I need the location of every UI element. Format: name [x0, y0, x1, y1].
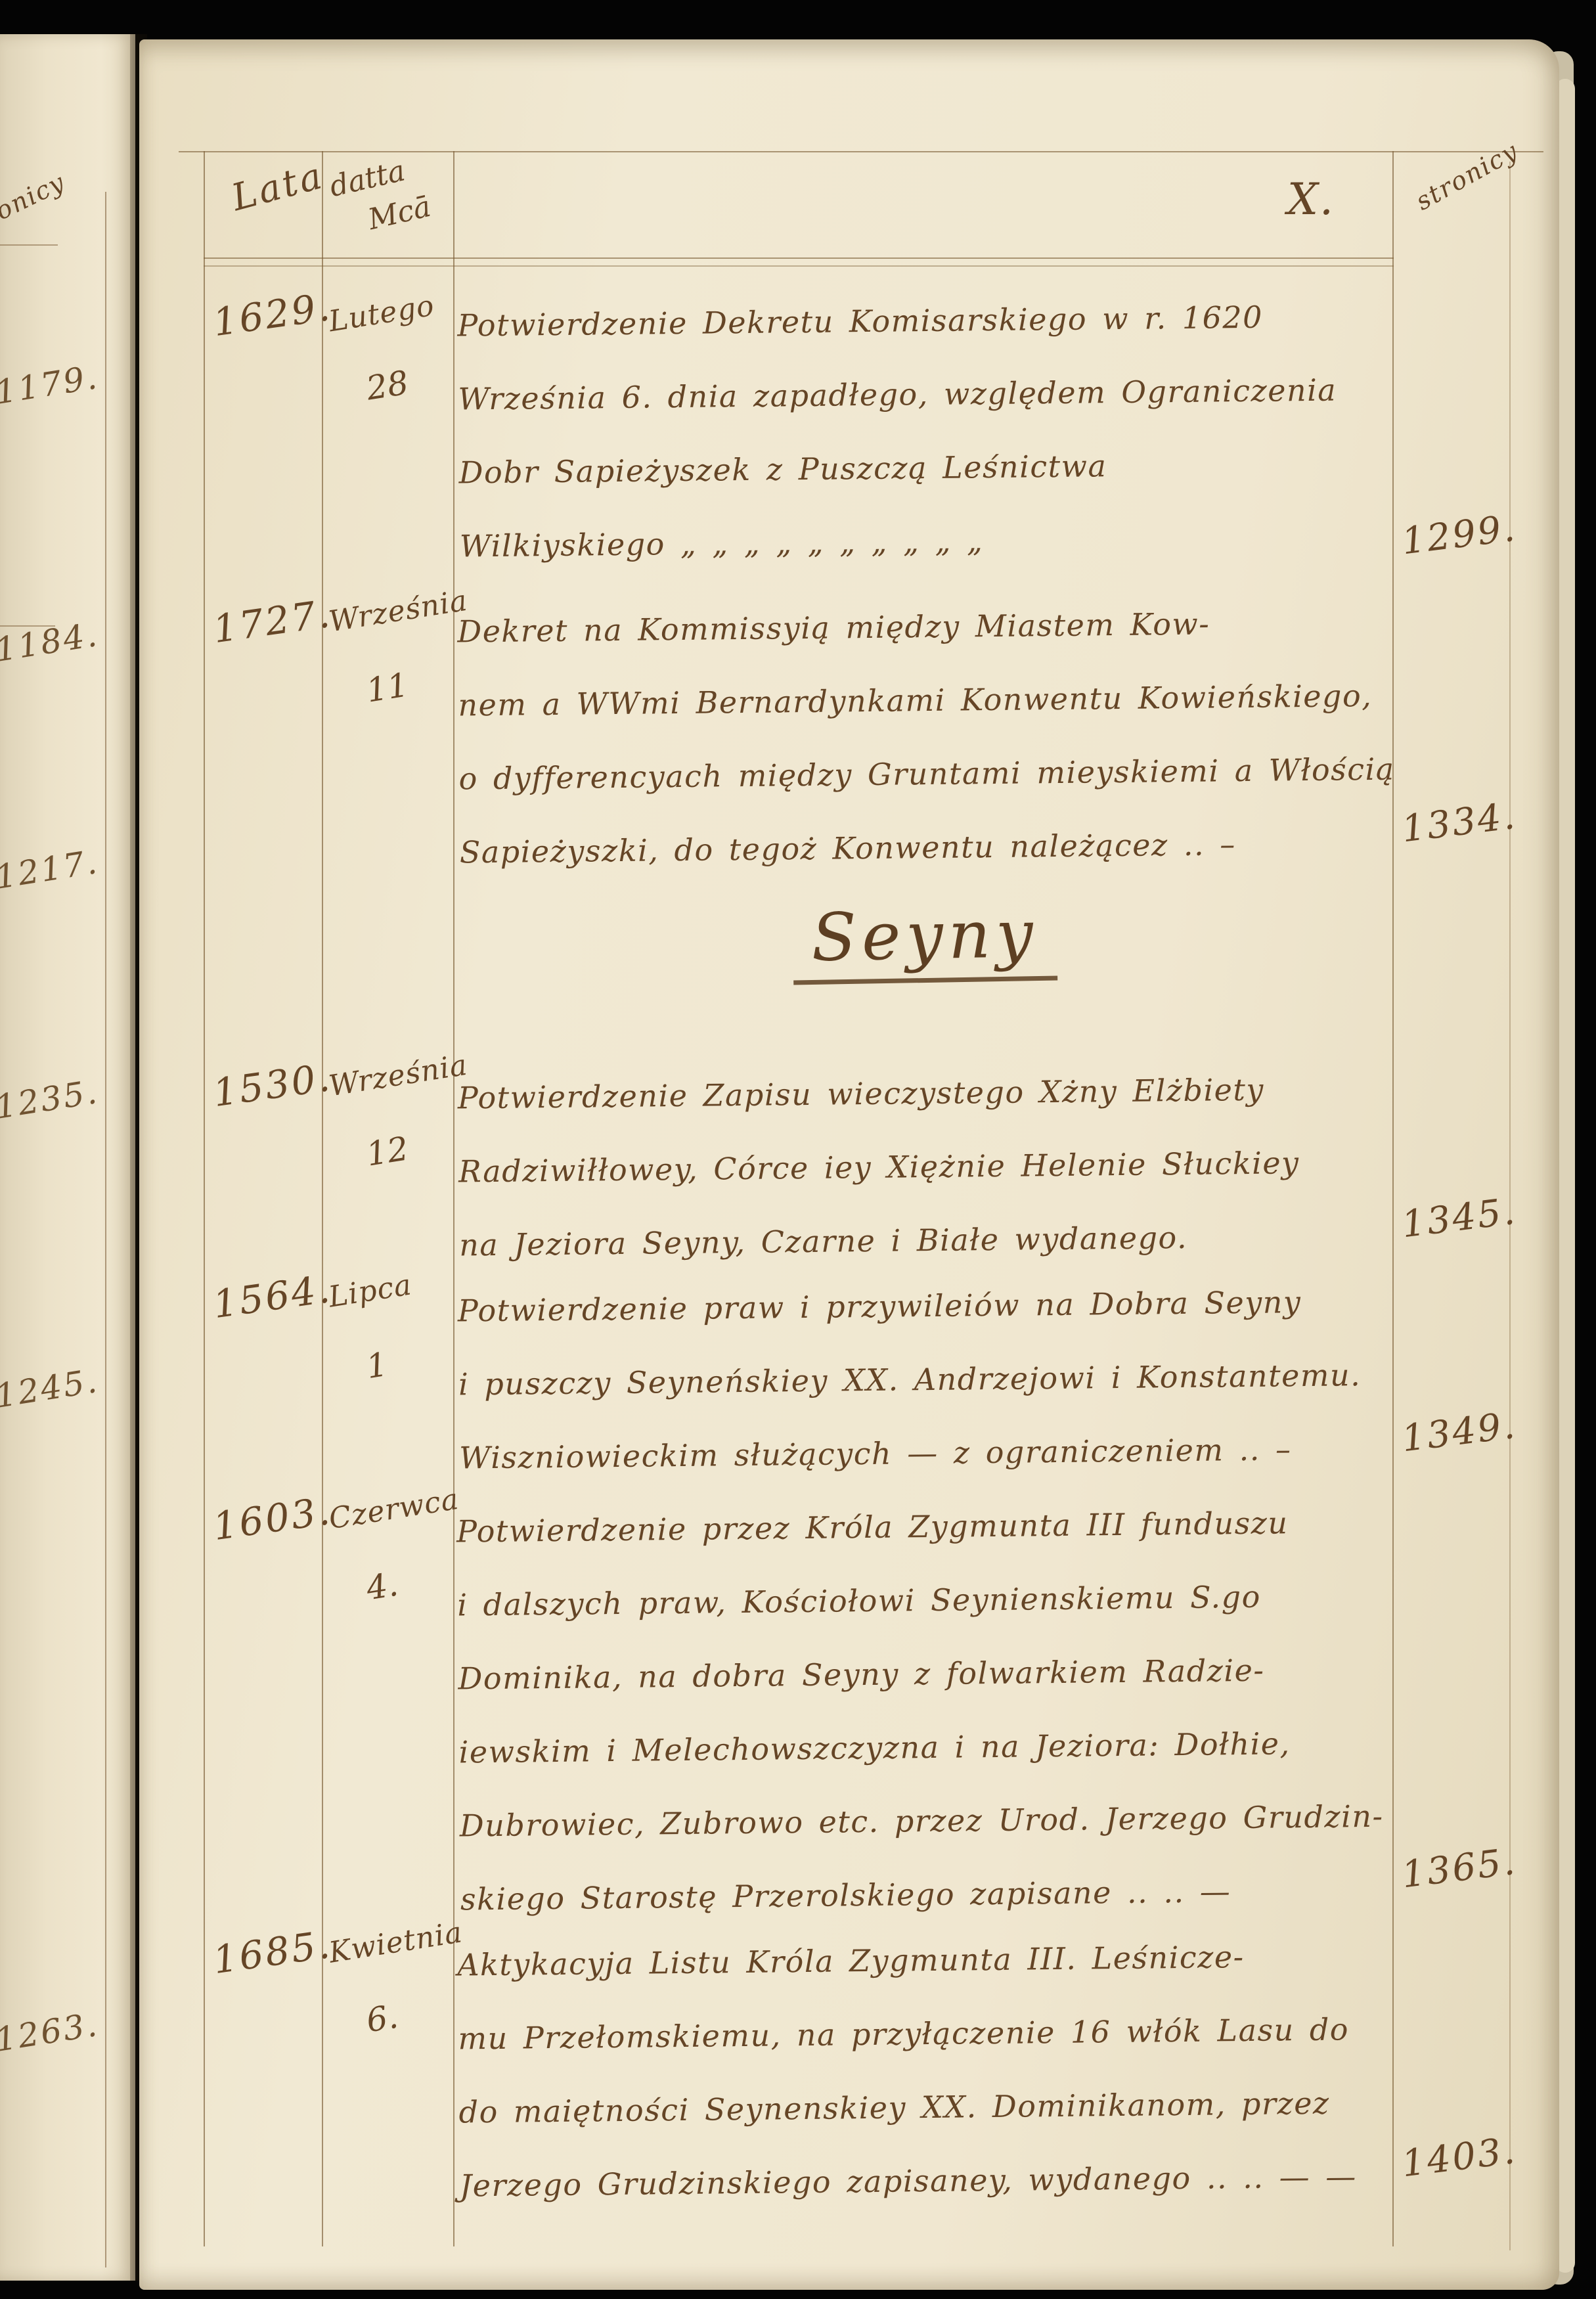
entry-year: 1603. — [210, 1488, 334, 1550]
entry-month: Września — [326, 1048, 470, 1104]
previous-page-stronicy-header: stronicy — [0, 167, 70, 243]
margin-page-number: 1217. — [0, 836, 141, 897]
entry-text-line: Dobr Sapieżyszek z Puszczą Leśnictwa — [458, 426, 1405, 509]
entry-month: Kwietnia — [326, 1915, 464, 1969]
entry-text-line: Dubrowiec, Zubrowo etc. przez Urod. Jerz… — [459, 1779, 1406, 1862]
table-rule-top — [179, 151, 1543, 152]
entry-day: 1 — [364, 1345, 390, 1386]
entry-month: Czerwca — [326, 1483, 461, 1536]
entry-page-ref: 1403. — [1400, 2130, 1519, 2186]
entry-text-line: mu Przełomskiemu, na przyłączenie 16 włó… — [458, 1992, 1404, 2075]
entry-year: 1564. — [210, 1266, 334, 1328]
entry-year: 1727. — [210, 591, 334, 652]
section-heading-text: Seyny — [792, 895, 1057, 985]
entry-text-line: i dalszych praw, Kościołowi Seynienskiem… — [457, 1558, 1404, 1641]
entry-text: Potwierdzenie Zapisu wieczystego Xżny El… — [457, 1051, 1405, 1282]
previous-page-rule — [0, 244, 58, 246]
entry-text-line: Potwierdzenie przez Króla Zygmunta III f… — [456, 1484, 1403, 1568]
table-rule-header-bottom — [204, 257, 1394, 259]
entry-text-line: Aktykacyja Listu Króla Zygmunta III. Leś… — [457, 1918, 1404, 2001]
entry-text: Potwierdzenie przez Króla Zygmunta III f… — [456, 1484, 1407, 1936]
margin-page-number: 1235. — [0, 1066, 141, 1127]
entry-page-ref: 1345. — [1400, 1190, 1519, 1247]
entry-month: Września — [326, 584, 470, 639]
column-header-lata: Lata — [227, 154, 328, 220]
previous-page-edge: stronicy 1179. 1184. 1217. 1235. 1245. 1… — [0, 34, 135, 2281]
entry-text-line: Jerzego Grudzinskiego zapisaney, wydaneg… — [459, 2139, 1406, 2222]
section-heading: Seyny — [458, 889, 1392, 983]
entry-text-line: Dekret na Kommissyią między Miastem Kow- — [457, 585, 1404, 668]
entry-year: 1629. — [210, 284, 334, 346]
table-rule-left — [204, 151, 205, 2246]
entry-text-line: nem a WWmi Bernardynkami Konwentu Kowień… — [458, 658, 1404, 742]
column-header-stronicy: stronicy — [1411, 136, 1523, 215]
entry-text-line: Dominika, na dobra Seyny z folwarkiem Ra… — [458, 1632, 1404, 1715]
margin-page-number: 1245. — [0, 1355, 141, 1416]
entry-text-line: Wilkiyskiego „ „ „ „ „ „ „ „ „ „ — [459, 499, 1406, 583]
margin-page-number: 1184. — [0, 609, 141, 669]
entry-text-line: Wiszniowieckim służących — z ograniczeni… — [459, 1411, 1406, 1494]
margin-page-number: 1263. — [0, 1999, 141, 2059]
entry-text: Potwierdzenie Dekretu Komisarskiego w r.… — [457, 279, 1406, 583]
register-page: Lata datta Mcā X. stronicy 1629. Lutego … — [139, 39, 1559, 2290]
entry-text-line: Potwierdzenie praw i przywileiów na Dobr… — [457, 1264, 1404, 1347]
entry-day: 4. — [364, 1565, 401, 1608]
section-number: X. — [1287, 174, 1335, 225]
entry-text-line: Potwierdzenie Zapisu wieczystego Xżny El… — [457, 1051, 1404, 1134]
entry-text-line: o dyfferencyach między Gruntami mieyskie… — [458, 732, 1405, 815]
entry-page-ref: 1349. — [1400, 1404, 1519, 1461]
entry-text-line: iewskim i Melechowszczyzna i na Jeziora:… — [458, 1705, 1405, 1789]
entry-month: Lipca — [326, 1268, 414, 1314]
table-rule-header-bottom — [204, 265, 1394, 267]
entry-page-ref: 1365. — [1400, 1841, 1519, 1897]
margin-page-number: 1179. — [0, 351, 141, 412]
entry-page-ref: 1334. — [1400, 795, 1519, 851]
entry-day: 12 — [364, 1129, 411, 1173]
entry-text-line: do maiętności Seynenskiey XX. Dominikano… — [458, 2065, 1405, 2149]
entry-text: Aktykacyja Listu Króla Zygmunta III. Leś… — [457, 1918, 1406, 2222]
entry-page-ref: 1299. — [1400, 507, 1519, 564]
entry-text-line: Września 6. dnia zapadłego, względem Ogr… — [458, 352, 1404, 435]
entry-day: 11 — [364, 665, 411, 709]
entry-text-line: Sapieżyszki, do tegoż Konwentu należącez… — [459, 805, 1406, 889]
entry-year: 1685. — [210, 1922, 334, 1983]
column-header-datta-mca: datta Mcā — [326, 147, 435, 248]
entry-month: Lutego — [326, 289, 437, 339]
entry-text-line: Potwierdzenie Dekretu Komisarskiego w r.… — [457, 279, 1404, 362]
entry-day: 6. — [364, 1998, 401, 2040]
entry-text: Potwierdzenie praw i przywileiów na Dobr… — [457, 1264, 1405, 1494]
entry-text-line: i puszczy Seyneńskiey XX. Andrzejowi i K… — [458, 1337, 1404, 1421]
entry-text-line: Radziwiłłowey, Córce iey Xiężnie Helenie… — [458, 1125, 1404, 1208]
previous-page-rule — [105, 192, 106, 2267]
manuscript-photo: stronicy 1179. 1184. 1217. 1235. 1245. 1… — [0, 0, 1596, 2299]
entry-day: 28 — [364, 363, 411, 407]
entry-year: 1530. — [210, 1055, 334, 1116]
entry-text: Dekret na Kommissyią między Miastem Kow-… — [457, 585, 1406, 889]
